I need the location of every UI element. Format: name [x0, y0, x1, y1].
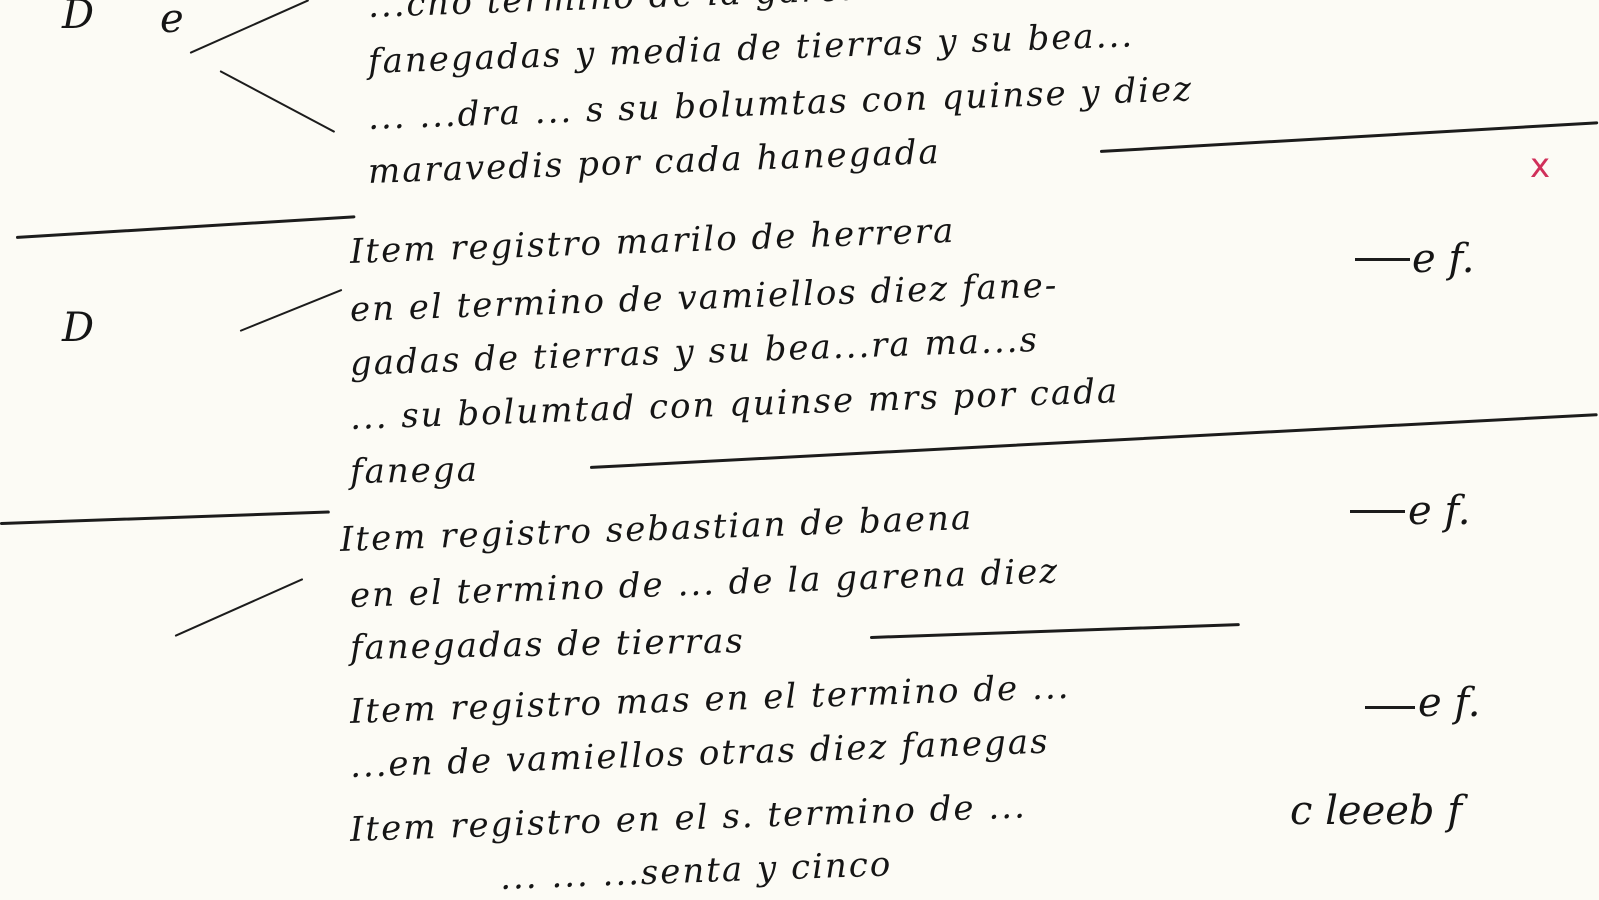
margin-mark-e: e: [160, 0, 184, 42]
separator-rule: [16, 215, 356, 239]
entry-1-line-3: ... ...dra ... s su bolumtas con quinse …: [367, 69, 1193, 138]
entry-1-line-4: maravedis por cada hanegada: [367, 132, 941, 192]
separator-rule: [1100, 121, 1598, 153]
entry-3-line-3: fanegadas de tierras: [350, 621, 745, 668]
entry-4-line-2: ...en de vamiellos otras diez fanegas: [349, 722, 1050, 786]
entry-1-line-1: ...cho termino de la garena d...: [367, 0, 963, 26]
entry-3-line-1: Item registro sebastian de baena: [339, 498, 974, 560]
margin-stroke: [220, 70, 336, 133]
right-margin-mark: e f.: [1412, 236, 1474, 282]
manuscript-page: D e D ...cho termino de la garena d... f…: [0, 0, 1599, 900]
separator-rule: [0, 510, 330, 525]
entry-5-line-2: ... ... ...senta y cinco: [499, 844, 893, 898]
entry-3-line-2: en el termino de ... de la garena diez: [349, 551, 1060, 616]
entry-5-line-1: Item registro en el s. termino de ...: [349, 786, 1027, 850]
entry-1-line-2: fanegadas y media de tierras y su bea...: [367, 15, 1134, 82]
entry-4-line-1: Item registro mas en el termino de ...: [349, 667, 1071, 732]
margin-dash: [1355, 258, 1410, 261]
margin-stroke: [240, 289, 343, 332]
right-margin-mark: e f.: [1418, 680, 1480, 726]
margin-mark-d-2: D: [62, 305, 94, 351]
margin-mark-d: D: [62, 0, 94, 38]
margin-stroke: [175, 578, 304, 637]
entry-2-line-5: fanega: [350, 450, 480, 492]
right-margin-mark: e f.: [1408, 488, 1470, 534]
right-margin-mark: c leeeb f: [1290, 788, 1462, 834]
separator-rule: [870, 623, 1240, 639]
margin-stroke: [190, 0, 310, 54]
entry-2-line-1: Item registro marilo de herrera: [349, 211, 956, 272]
entry-2-line-2: en el termino de vamiellos diez fane-: [349, 265, 1059, 330]
red-annotation-x: x: [1530, 146, 1550, 186]
margin-dash: [1365, 706, 1415, 709]
margin-dash: [1350, 510, 1405, 513]
entry-2-line-4: ... su bolumtad con quinse mrs por cada: [349, 371, 1119, 438]
entry-2-line-3: gadas de tierras y su bea...ra ma...s: [349, 320, 1039, 384]
